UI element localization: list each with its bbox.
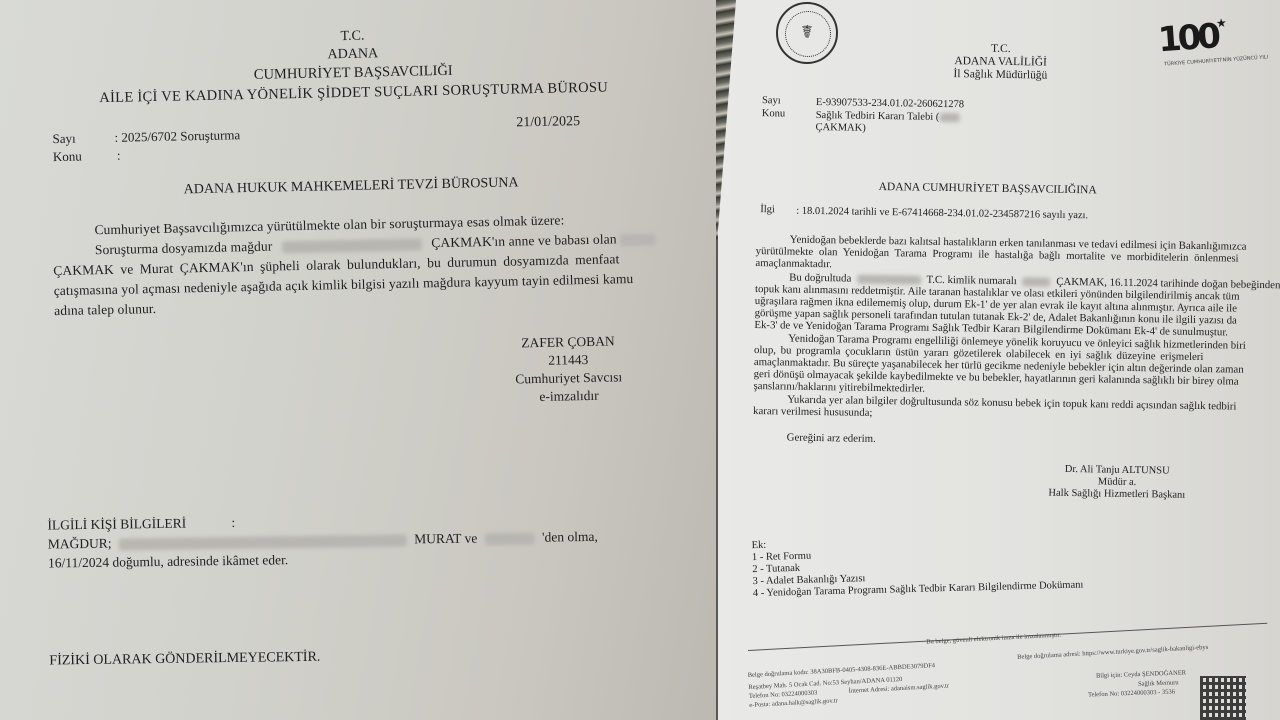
verify-address: Belge doğrulama adresi: https://www.turk… <box>1017 644 1208 661</box>
info-title: Sağlık Memuru <box>1138 679 1179 687</box>
victim-label: MAĞDUR; <box>48 536 112 552</box>
redacted-name <box>485 533 535 546</box>
right-document-page: ☤ 100★ TÜRKİYE CUMHURİYETİ'NİN YÜZÜNCÜ Y… <box>718 0 1280 720</box>
related-info-label: İLGİLİ KİŞİ BİLGİLERİ <box>47 516 186 534</box>
qr-code-icon <box>1200 676 1246 720</box>
related-info-colon: : <box>231 515 235 531</box>
left-document-page: T.C. ADANA CUMHURİYET BAŞSAVCILIĞI AİLE … <box>0 0 716 720</box>
physical-delivery-note: FİZİKİ OLARAK GÖNDERİLMEYECEKTİR. <box>49 650 320 670</box>
verify-code: Belge doğrulama kodu: 38A30BFB-0405-4308… <box>748 662 936 679</box>
victim-parent: MURAT ve <box>414 531 477 547</box>
esign-note: Bu belge, güvenli elektronik imza ile im… <box>926 632 1061 646</box>
victim-line: MAĞDUR; MURAT ve 'den olma, <box>48 529 598 553</box>
victim-suffix: 'den olma, <box>542 529 598 545</box>
redacted-identity <box>119 534 407 550</box>
victim-birth-line: 16/11/2024 doğumlu, adresinde ikâmet ede… <box>48 552 288 571</box>
